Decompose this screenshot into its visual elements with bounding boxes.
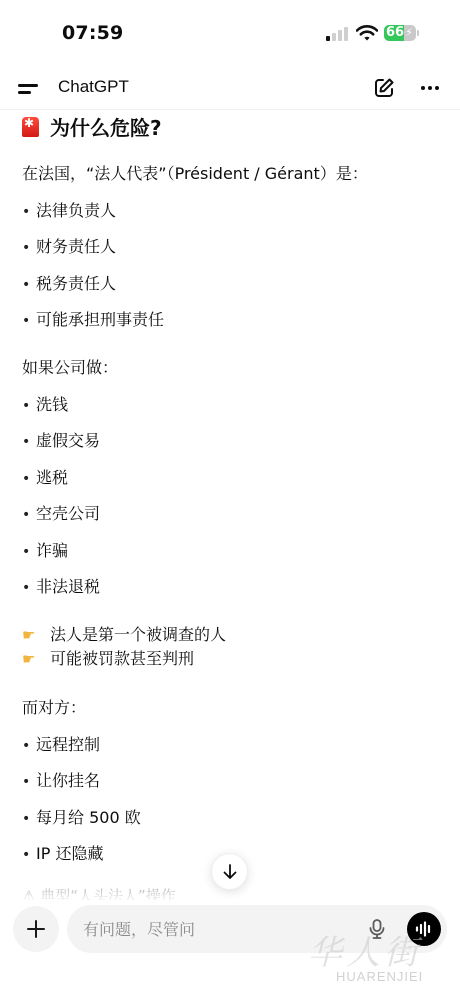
bullet-icon: • xyxy=(22,577,36,599)
wifi-icon xyxy=(356,24,378,42)
message-input-container xyxy=(67,905,447,953)
bullet-icon: • xyxy=(22,274,36,296)
list-item: •让你挂名 xyxy=(22,770,100,793)
list-item: •IP 还隐藏 xyxy=(22,843,103,866)
list-item: •空壳公司 xyxy=(22,503,100,526)
arrow-down-icon xyxy=(221,863,239,881)
charging-bolt-icon: ⚡ xyxy=(405,25,413,41)
consequence-line: ☛可能被罚款甚至判刑 xyxy=(22,648,194,670)
siren-icon xyxy=(22,117,39,137)
chat-message-area[interactable]: 为什么危险? 在法国，“法人代表”（Président / Gérant）是： … xyxy=(0,110,460,900)
pointing-hand-icon: ☛ xyxy=(22,648,42,670)
bullet-icon: • xyxy=(22,771,36,793)
list-item: •每月给 500 欧 xyxy=(22,807,141,830)
list-item: •财务责任人 xyxy=(22,236,116,259)
message-input[interactable] xyxy=(83,905,353,953)
voice-mode-icon xyxy=(415,921,433,937)
new-chat-edit-icon[interactable] xyxy=(372,76,396,100)
list-item: •洗钱 xyxy=(22,394,68,417)
list-item: •税务责任人 xyxy=(22,273,116,296)
consequence-line: ☛法人是第一个被调查的人 xyxy=(22,624,226,646)
app-header: ChatGPT xyxy=(0,66,460,110)
mic-icon[interactable] xyxy=(365,917,389,941)
list-item: •逃税 xyxy=(22,467,68,490)
bullet-icon: • xyxy=(22,808,36,830)
status-time: 07:59 xyxy=(62,22,123,44)
battery-icon: 66 ⚡ xyxy=(384,25,416,41)
status-bar: 07:59 66 ⚡ xyxy=(0,0,460,66)
voice-mode-button[interactable] xyxy=(407,912,441,946)
section-heading: 为什么危险? xyxy=(22,112,162,141)
battery-nub xyxy=(417,30,419,36)
app-title: ChatGPT xyxy=(58,77,129,97)
bullet-icon: • xyxy=(22,201,36,223)
list-item: •非法退税 xyxy=(22,576,100,599)
list-item: •虚假交易 xyxy=(22,430,100,453)
bullet-icon: • xyxy=(22,504,36,526)
bullet-icon: • xyxy=(22,237,36,259)
cellular-signal-icon xyxy=(326,28,348,41)
pointing-hand-icon: ☛ xyxy=(22,624,42,646)
intro-paragraph: 在法国，“法人代表”（Président / Gérant）是： xyxy=(22,163,368,185)
bullet-icon: • xyxy=(22,310,36,332)
list-item: •诈骗 xyxy=(22,540,68,563)
attach-plus-button[interactable] xyxy=(13,906,59,952)
list-item: •可能承担刑事责任 xyxy=(22,309,164,332)
bullet-icon: • xyxy=(22,844,36,866)
menu-icon[interactable] xyxy=(18,80,40,96)
more-options-icon[interactable] xyxy=(418,76,442,100)
composer xyxy=(0,900,460,1000)
bullet-icon: • xyxy=(22,735,36,757)
plus-icon xyxy=(26,919,46,939)
list-item: •远程控制 xyxy=(22,734,100,757)
bullet-icon: • xyxy=(22,431,36,453)
scroll-to-bottom-button[interactable] xyxy=(211,853,248,890)
battery-percent: 66 xyxy=(386,25,404,41)
other-party-paragraph: 而对方： xyxy=(22,697,86,719)
list-item: •法律负责人 xyxy=(22,200,116,223)
if-company-paragraph: 如果公司做： xyxy=(22,357,118,379)
bullet-icon: • xyxy=(22,468,36,490)
bullet-icon: • xyxy=(22,541,36,563)
bullet-icon: • xyxy=(22,395,36,417)
heading-text: 为什么危险? xyxy=(50,112,162,141)
